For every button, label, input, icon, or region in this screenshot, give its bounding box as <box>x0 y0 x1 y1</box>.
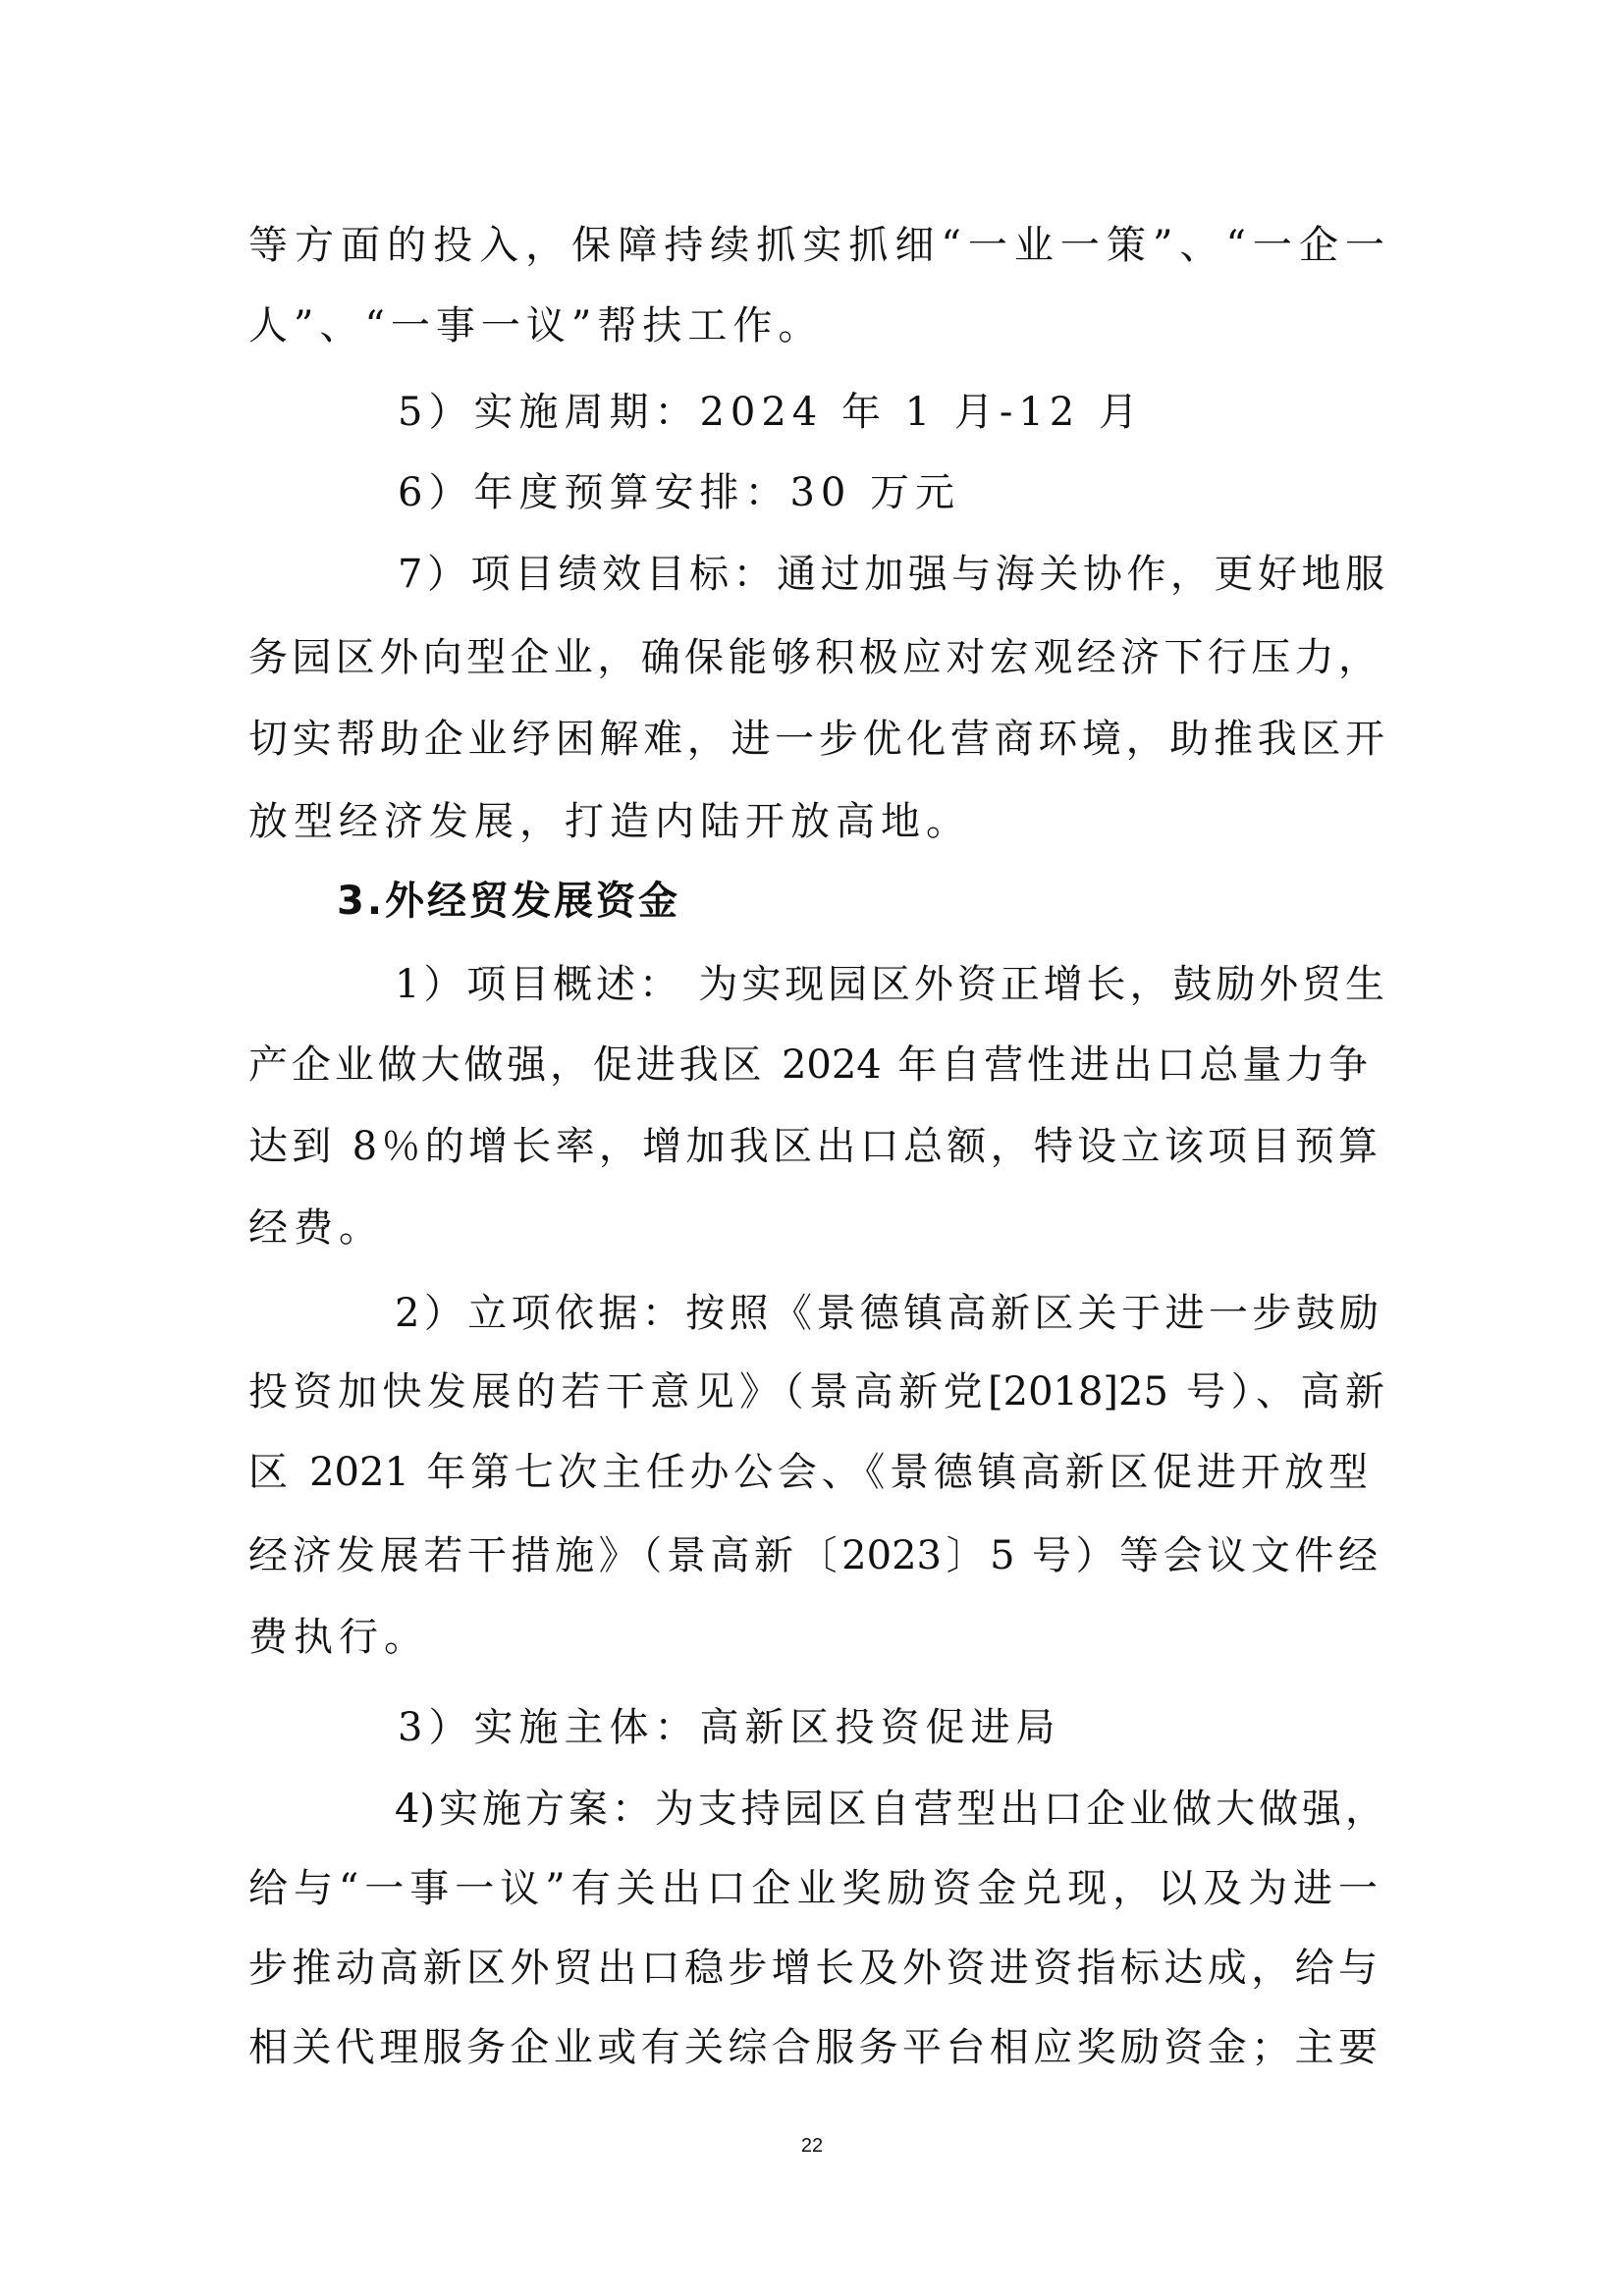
paragraph-line: 相关代理服务企业或有关综合服务平台相应奖励资金；主要 <box>248 2024 1378 2071</box>
section-heading: 3.外经贸发展资金 <box>337 878 680 925</box>
document-page: 等方面的投入，保障持续抓实抓细“一业一策”、“一企一 人”、“一事一议”帮扶工作… <box>0 0 1624 2296</box>
list-item-performance-goal: 7）项目绩效目标：通过加强与海关协作，更好地服 <box>398 551 1384 598</box>
paragraph-line: 经费。 <box>248 1204 384 1252</box>
paragraph-line: 步推动高新区外贸出口稳步增长及外资进资指标达成，给与 <box>248 1945 1378 1992</box>
paragraph-line: 务园区外向型企业，确保能够积极应对宏观经济下行压力， <box>248 634 1378 681</box>
list-item-budget: 6）年度预算安排：30 万元 <box>398 469 960 516</box>
paragraph-line: 达到 8％的增长率，增加我区出口总额，特设立该项目预算 <box>248 1123 1378 1170</box>
paragraph-line: 投资加快发展的若干意见》（景高新党[2018]25 号）、高新 <box>248 1368 1384 1415</box>
page-number: 22 <box>0 2134 1624 2158</box>
list-item-implementer: 3）实施主体：高新区投资促进局 <box>398 1704 1060 1751</box>
paragraph-line: 给与“一事一议”有关出口企业奖励资金兑现，以及为进一 <box>248 1865 1378 1912</box>
paragraph-line: 区 2021 年第七次主任办公会、《景德镇高新区促进开放型 <box>248 1449 1368 1496</box>
paragraph-line: 经济发展若干措施》（景高新〔2023〕5 号）等会议文件经 <box>248 1532 1378 1579</box>
paragraph-line: 费执行。 <box>248 1614 429 1661</box>
paragraph-line: 产企业做大做强，促进我区 2024 年自营性进出口总量力争 <box>248 1041 1368 1089</box>
paragraph-line: 切实帮助企业纾困解难，进一步优化营商环境，助推我区开 <box>248 716 1384 763</box>
list-item-overview: 1）项目概述： 为实现园区外资正增长，鼓励外贸生 <box>395 961 1384 1008</box>
list-item-basis: 2）立项依据：按照《景德镇高新区关于进一步鼓励 <box>395 1290 1379 1337</box>
list-item-period: 5）实施周期：2024 年 1 月-12 月 <box>398 389 1144 436</box>
paragraph-line: 人”、“一事一议”帮扶工作。 <box>248 302 823 349</box>
paragraph-line: 放型经济发展，打造内陆开放高地。 <box>248 798 971 845</box>
list-item-plan: 4)实施方案：为支持园区自营型出口企业做大做强， <box>395 1786 1384 1833</box>
paragraph-line: 等方面的投入，保障持续抓实抓细“一业一策”、“一企一 <box>248 222 1384 269</box>
